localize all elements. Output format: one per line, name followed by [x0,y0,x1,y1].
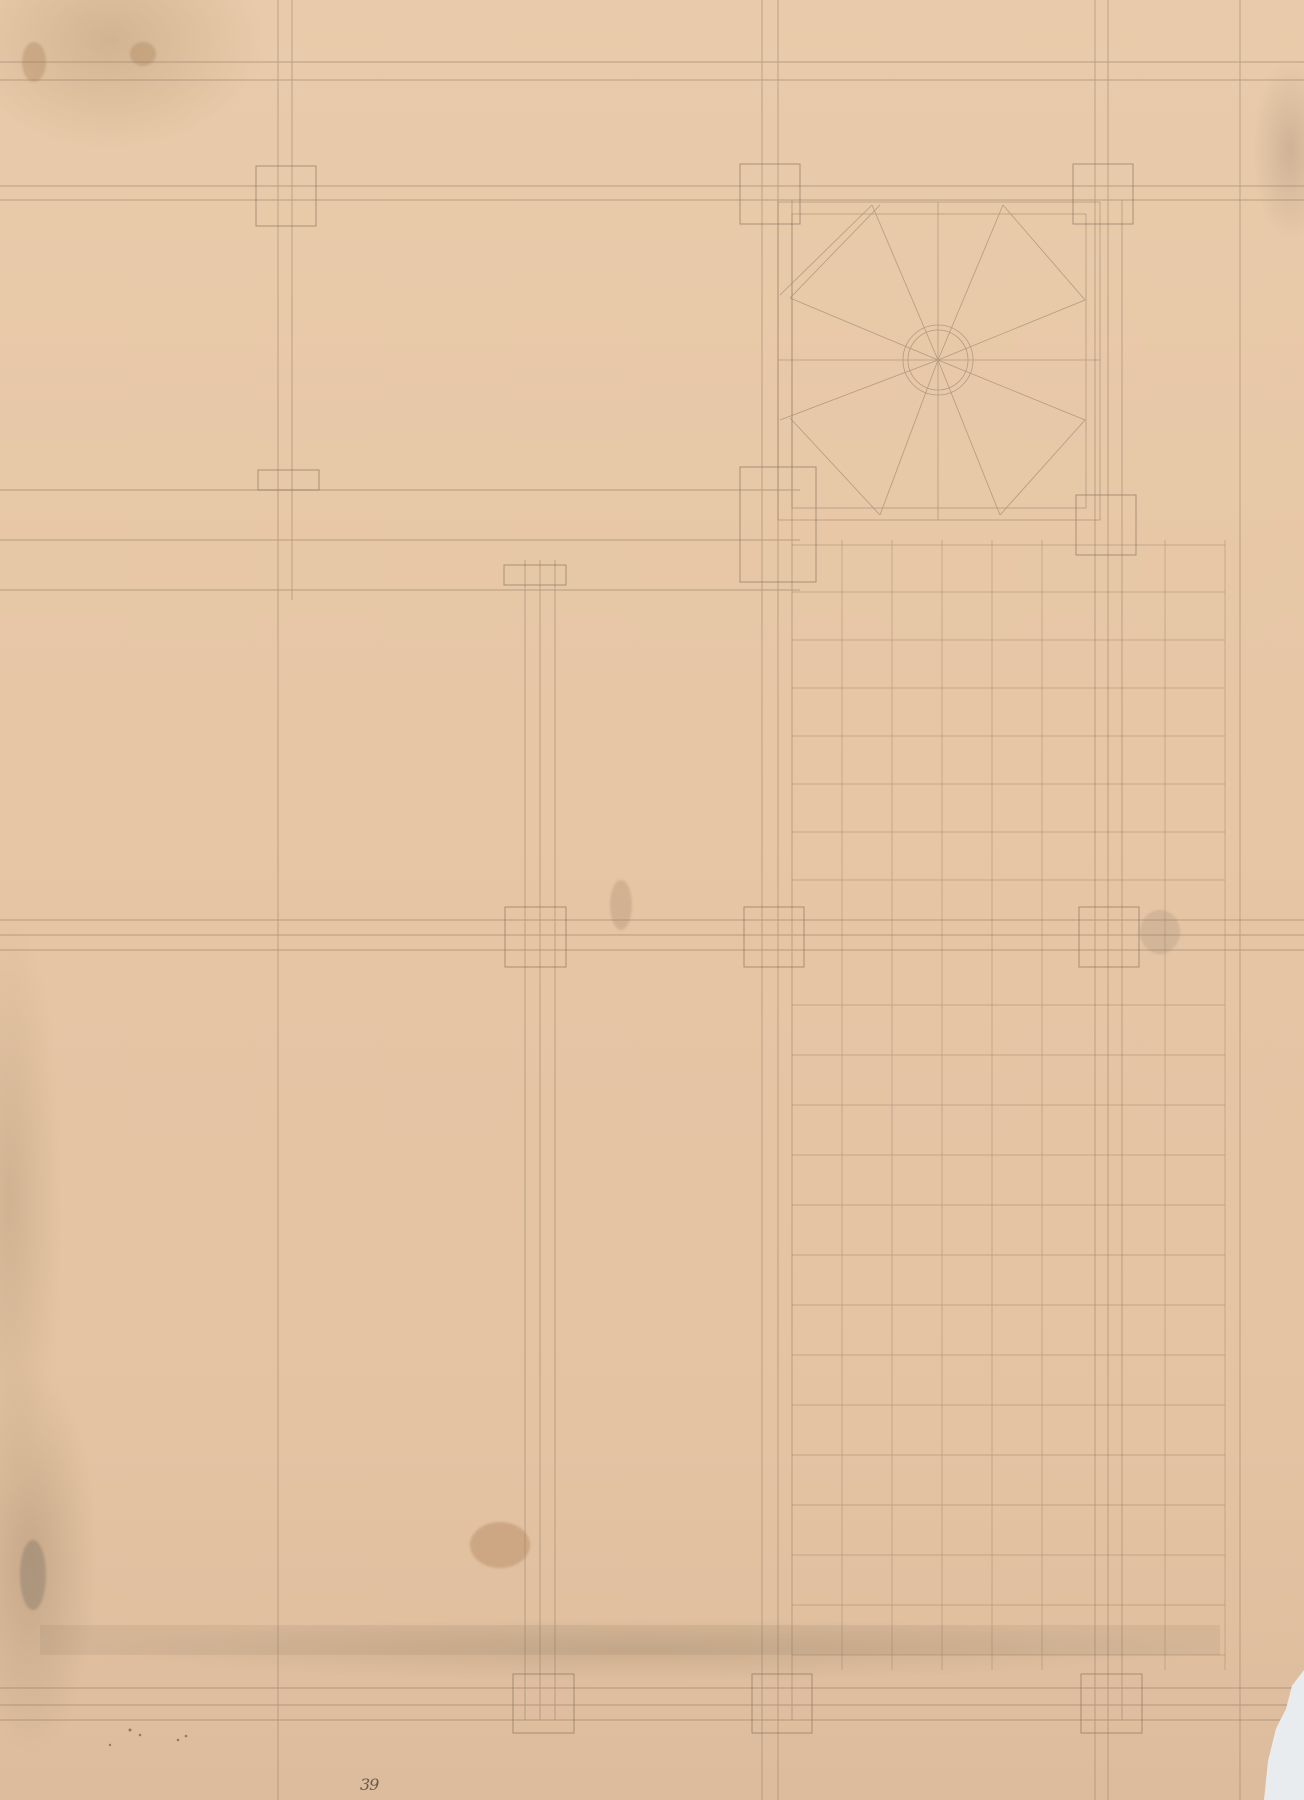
drawing-sheet: 39 [0,0,1304,1800]
architectural-plan [0,0,1304,1800]
page-number-label: 39 [360,1775,378,1794]
